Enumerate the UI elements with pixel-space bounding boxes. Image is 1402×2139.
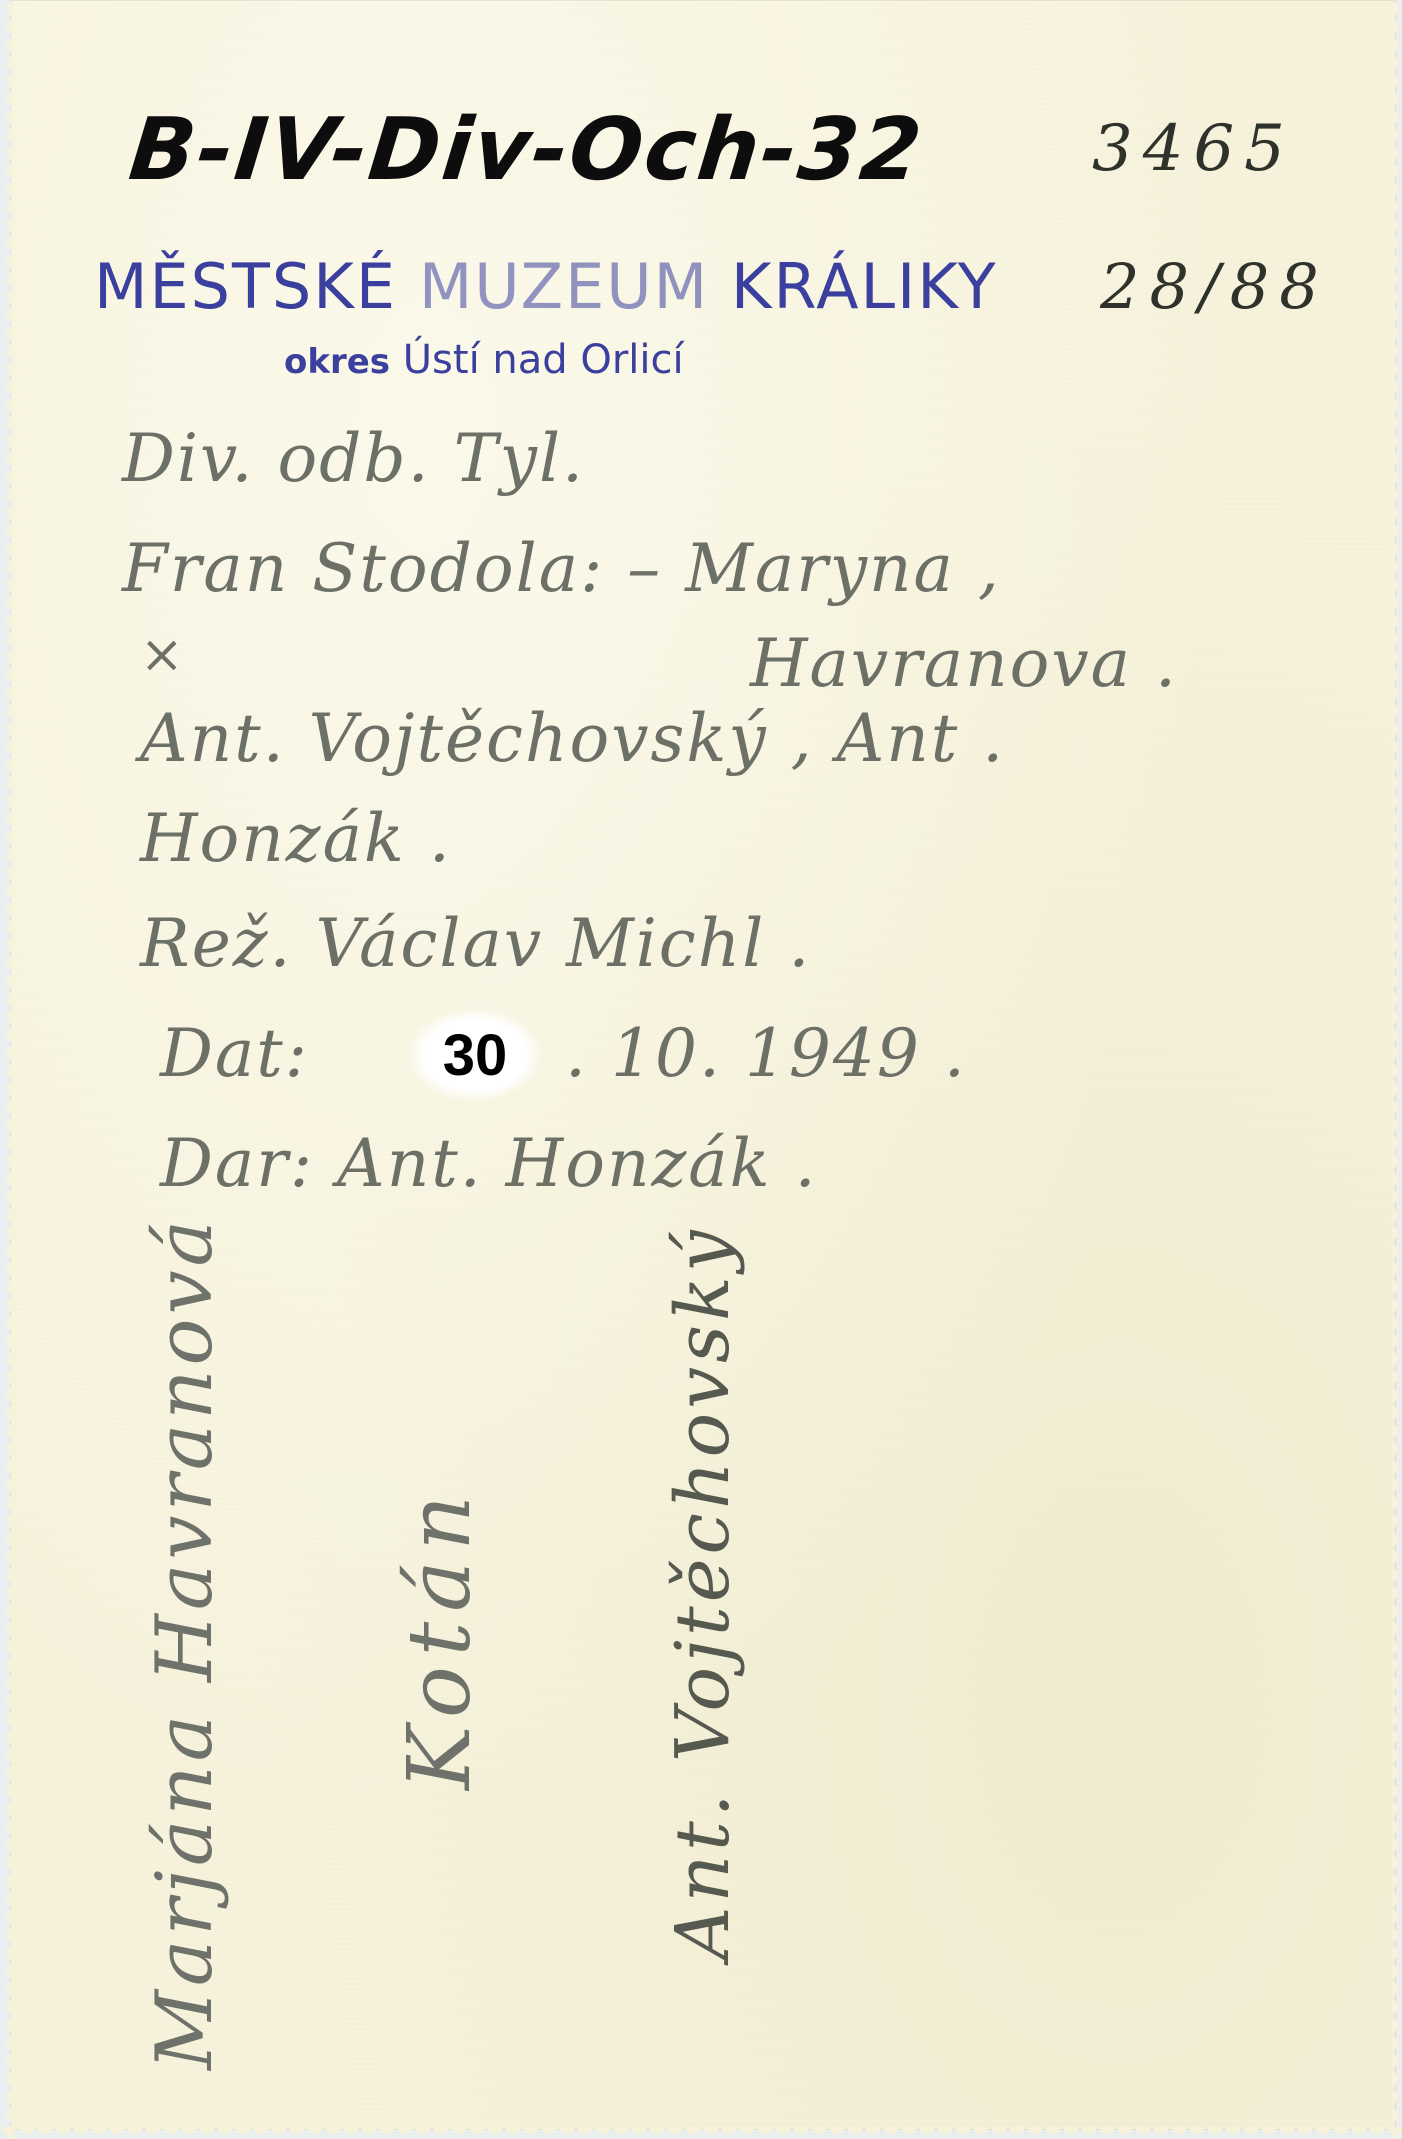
handwritten-line: Fran Stodola: – Maryna , [122,530,1001,607]
handwritten-line: Dar: Ant. Honzák . [160,1125,818,1202]
handwritten-line: Div. odb. Tyl. [122,420,585,497]
handwritten-date-label: Dat: [160,1015,309,1092]
handwritten-line: Rež. Václav Michl . [140,905,811,982]
stamp-museum-name: MĚSTSKÉ MUZEUM KRÁLIKY [94,250,998,323]
stamp-word-kraliky: KRÁLIKY [731,250,998,323]
vertical-signature: Kotán [390,1485,490,1790]
stamp-district-name: Ústí nad Orlicí [403,337,684,383]
stamp-word-mestske: MĚSTSKÉ [94,250,397,323]
photo-card-back: B-IV-Div-Och-32 3465 28/88 MĚSTSKÉ MUZEU… [10,0,1396,2130]
handwritten-cross-mark: × [140,625,186,685]
vertical-signature: Marjána Havranová [140,1216,230,2070]
handwritten-line: Honzák . [140,800,452,877]
handwritten-line: Ant. Vojtěchovský , Ant . [140,700,1005,777]
deckle-edge-bottom [0,2127,1402,2139]
inventory-number: 3465 [1092,112,1295,186]
stamp-district: okres Ústí nad Orlicí [284,337,998,383]
deckle-edge-right [1392,0,1402,2139]
stamp-word-muzeum: MUZEUM [419,250,709,323]
vertical-signature: Ant. Vojtěchovský [660,1226,746,1960]
stamp-word-okres: okres [284,342,390,382]
handwritten-line: Havranova . [750,625,1178,702]
number-badge: 30 [410,1010,540,1100]
secondary-number: 28/88 [1100,250,1329,323]
catalog-code: B-IV-Div-Och-32 [125,100,928,200]
deckle-edge-left [0,0,14,2139]
handwritten-date-value: . 10. 1949 . [565,1015,967,1092]
museum-stamp: MĚSTSKÉ MUZEUM KRÁLIKY okres Ústí nad Or… [94,250,998,383]
